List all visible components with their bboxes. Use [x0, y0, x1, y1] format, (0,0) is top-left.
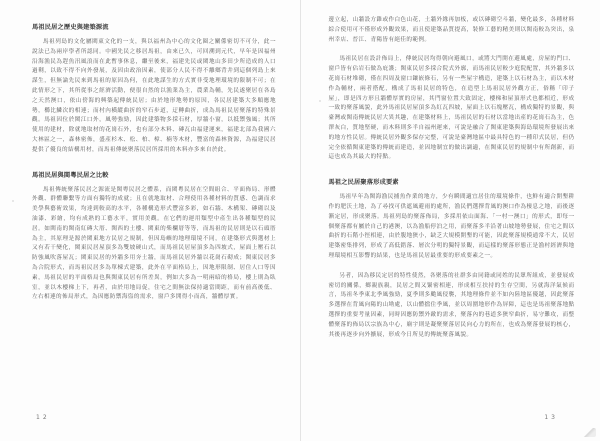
paragraph-comparison: 馬祖傳統聚落民居之源流是閩粵民居之體系，而閩粵民居在空間組合、平面佈局、形體外觀…	[32, 186, 276, 304]
section-heading-history: 馬祖民居之歷史與建築源流	[32, 22, 276, 31]
paragraph-intro-tail: 邊立起，山牆設方錐或作白色山花，土牆外緣再加板，或以磚砌空斗牆，變化最多，各種材…	[329, 16, 575, 45]
section-heading-comparison: 馬祖民居與閩粵民居之比較	[32, 170, 276, 179]
right-page: 邊立起，山牆設方錐或作白色山花，土牆外緣再加板，或以磚砌空斗牆，變化最多，各種材…	[301, 0, 600, 441]
left-page: 馬祖民居之歷史與建築源流 馬祖列島的文化屬閩東文化的一支，與以福州為中心的文化圈…	[0, 0, 301, 441]
scan-artifact	[12, 200, 14, 202]
paragraph-social: 另者，因為移民定居的特性使然，各聚落的社群多由同籍或同姓的民眾所組成，並發展成密…	[329, 272, 575, 341]
paragraph-layout: 馬祖民居在設計佈局上，傳統民居均得朝向避風口，或將大門開在避風處，房屋的門口、窗…	[329, 55, 575, 163]
document-spread: 馬祖民居之歷史與建築源流 馬祖列島的文化屬閩東文化的一支，與以福州為中心的文化圈…	[0, 0, 600, 441]
paragraph-history: 馬祖列島的文化屬閩東文化的一支，與以福州為中心的文化圈之關係密切不可分，此一說法…	[32, 38, 276, 156]
page-number-left: 12	[36, 414, 50, 421]
page-number-right: 13	[544, 414, 558, 421]
right-page-column: 邊立起，山牆設方錐或作白色山花，土牆外緣再加板，或以磚砌空斗牆，變化最多，各種材…	[329, 16, 575, 350]
section-heading-formation: 馬祖之民居聚落形成要素	[329, 177, 575, 186]
paragraph-formation: 馬祖早年為閩海漁民捕魚作業的地方，少有瞬間適宜居住的環境條件，也鮮有適合開墾耕作…	[329, 193, 575, 262]
left-page-column: 馬祖民居之歷史與建築源流 馬祖列島的文化屬閩東文化的一支，與以福州為中心的文化圈…	[32, 22, 276, 313]
scan-corner-mark	[582, 428, 596, 437]
scan-artifact	[319, 100, 321, 102]
